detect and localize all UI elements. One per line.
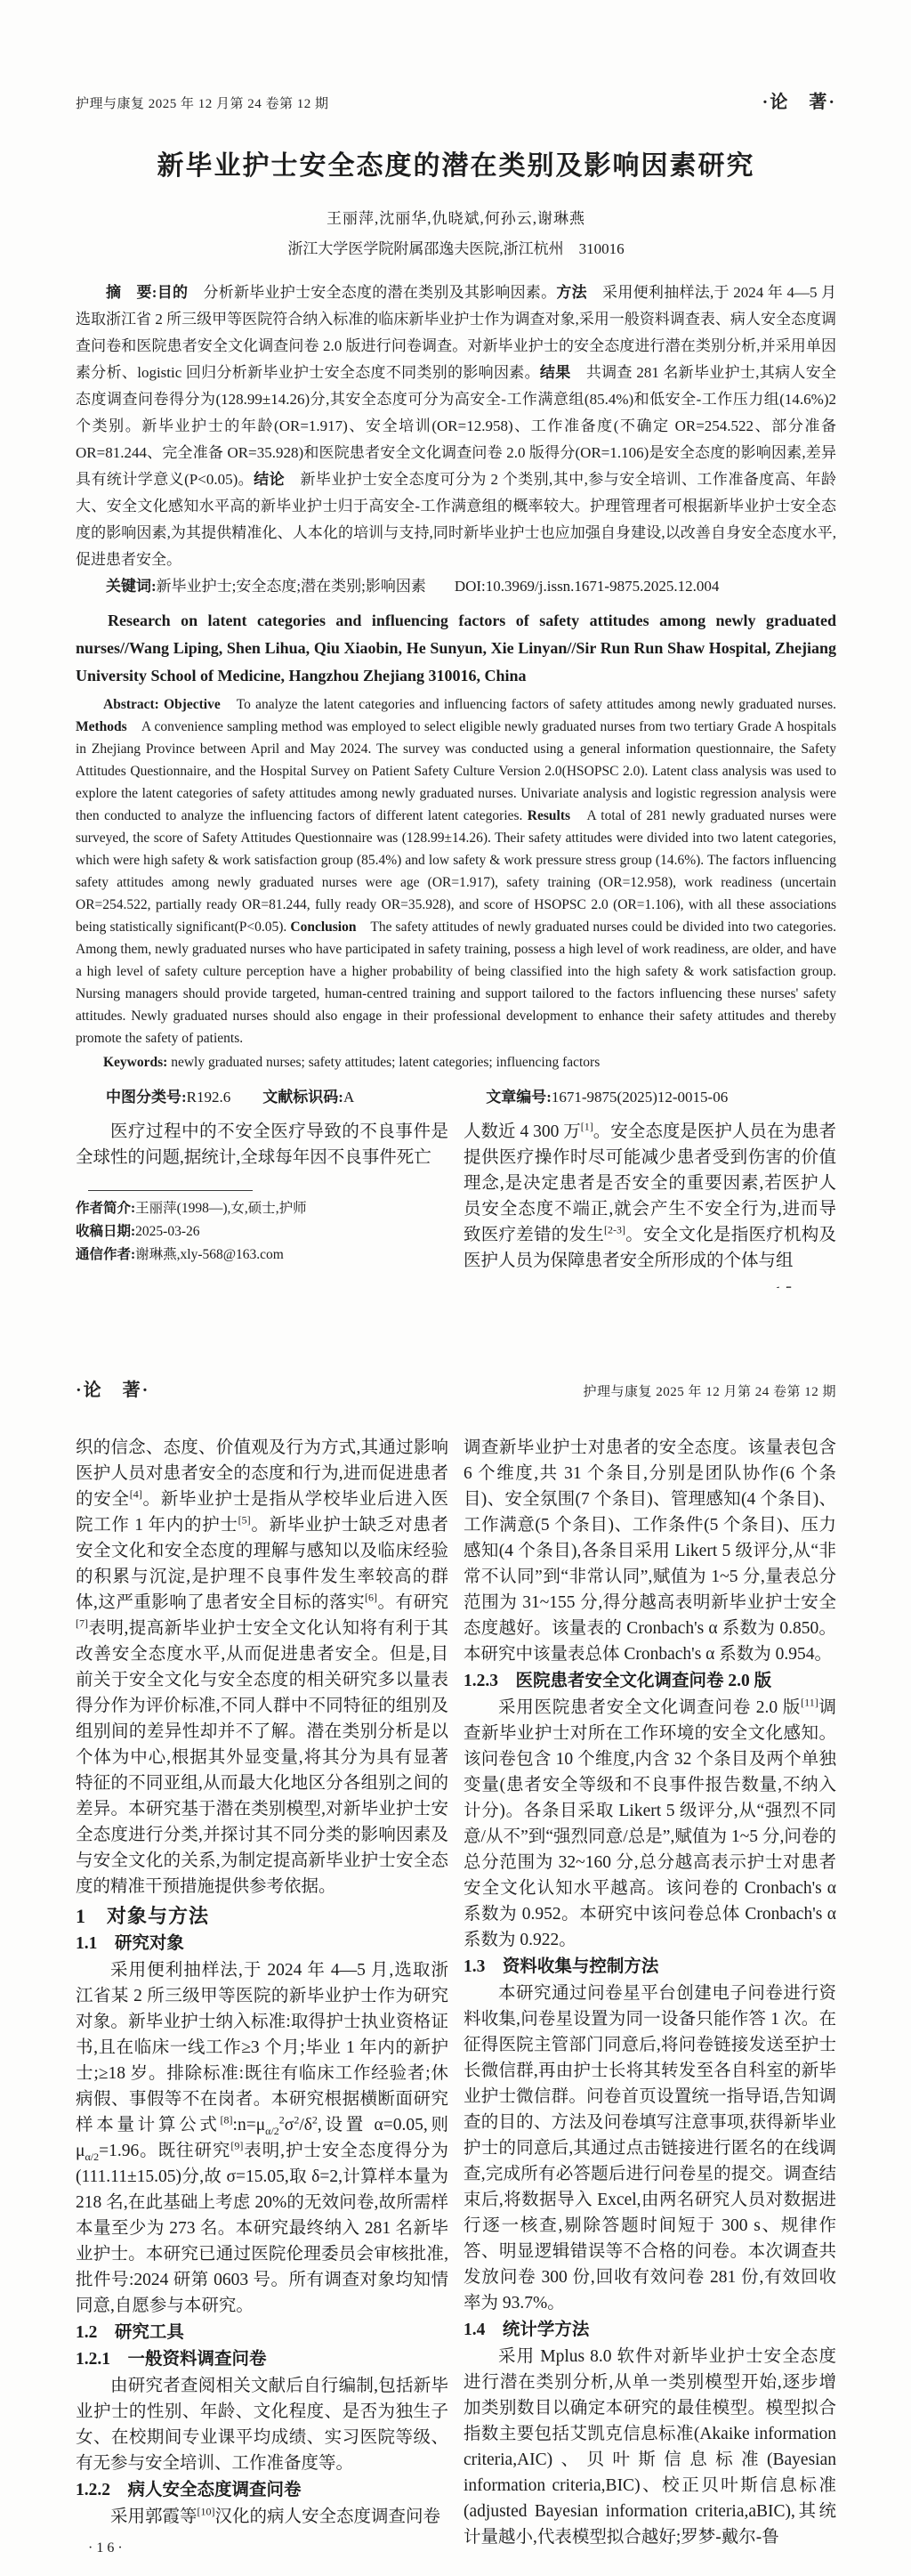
page2-right-text: 调查新毕业护士对患者的安全态度。该量表包含 6 个维度,共 31 个条目,分别是… bbox=[464, 1435, 836, 2550]
page1-columns: 医疗过程中的不安全医疗导致的不良事件是全球性的问题,据统计,全球每年因不良事件死… bbox=[76, 1119, 836, 1288]
paragraph: 织的信念、态度、价值观及行为方式,其通过影响医护人员对患者安全的态度和行为,进而… bbox=[76, 1435, 448, 1900]
page2-columns: 织的信念、态度、价值观及行为方式,其通过影响医护人员对患者安全的态度和行为,进而… bbox=[76, 1435, 836, 2561]
paragraph: 采用便利抽样法,于 2024 年 4—5 月,选取浙江省某 2 所三级甲等医院的… bbox=[76, 1957, 448, 2319]
article-number: 文章编号:1671-9875(2025)12-0015-06 bbox=[486, 1084, 728, 1106]
english-title: Research on latent categories and influe… bbox=[76, 607, 836, 690]
journal-masthead: 护理与康复 2025 年 12 月第 24 卷第 12 期 bbox=[76, 93, 329, 112]
section-heading: 1.1 研究对象 bbox=[76, 1931, 448, 1956]
doi: DOI:10.3969/j.issn.1671-9875.2025.12.004 bbox=[455, 578, 720, 595]
paragraph: 人数近 4 300 万[1]。安全态度是医护人员在为患者提供医疗操作时尽可能减少… bbox=[464, 1119, 836, 1274]
footnote-rule bbox=[88, 1190, 253, 1191]
paragraph: 采用郭霞等[10]汉化的病人安全态度调查问卷 bbox=[76, 2504, 448, 2530]
footnote-received-date: 收稿日期:2025-03-26 bbox=[76, 1220, 448, 1243]
author-footnote: 作者简介:王丽萍(1998—),女,硕士,护师 收稿日期:2025-03-26 … bbox=[76, 1190, 448, 1267]
abstract-en: Abstract: Objective To analyze the laten… bbox=[76, 693, 836, 1049]
section-heading: 1.2.1 一般资料调查问卷 bbox=[76, 2346, 448, 2372]
page1-right-column: 人数近 4 300 万[1]。安全态度是医护人员在为患者提供医疗操作时尽可能减少… bbox=[464, 1119, 836, 1288]
page-2: ·论 著· 护理与康复 2025 年 12 月第 24 卷第 12 期 织的信念… bbox=[0, 1288, 911, 2576]
page-2-header: ·论 著· 护理与康复 2025 年 12 月第 24 卷第 12 期 bbox=[76, 1288, 836, 1401]
page-1-header: 护理与康复 2025 年 12 月第 24 卷第 12 期 ·论 著· bbox=[76, 0, 836, 113]
article-title: 新毕业护士安全态度的潜在类别及影响因素研究 bbox=[76, 143, 836, 182]
page2-left-text: 织的信念、态度、价值观及行为方式,其通过影响医护人员对患者安全的态度和行为,进而… bbox=[76, 1435, 448, 2530]
page-1: 护理与康复 2025 年 12 月第 24 卷第 12 期 ·论 著· 新毕业护… bbox=[0, 0, 911, 1288]
keywords-cn: 关键词:新毕业护士;安全态度;潜在类别;影响因素 bbox=[106, 578, 426, 595]
journal-masthead: 护理与康复 2025 年 12 月第 24 卷第 12 期 bbox=[583, 1381, 836, 1400]
footnote-author-bio: 作者简介:王丽萍(1998—),女,硕士,护师 bbox=[76, 1197, 448, 1220]
paragraph: 医疗过程中的不安全医疗导致的不良事件是全球性的问题,据统计,全球每年因不良事件死… bbox=[76, 1119, 448, 1171]
section-heading: 1 对象与方法 bbox=[76, 1903, 448, 1929]
abstract-cn: 摘 要:目的 分析新毕业护士安全态度的潜在类别及其影响因素。方法 采用便利抽样法… bbox=[76, 279, 836, 573]
section-heading: 1.3 资料收集与控制方法 bbox=[464, 1954, 836, 1980]
page-number-16: ·16· bbox=[76, 2535, 448, 2561]
document-code: 文献标识码:A bbox=[262, 1084, 354, 1106]
clc-number: 中图分类号:R192.6 bbox=[106, 1084, 230, 1106]
page2-right-column: 调查新毕业护士对患者的安全态度。该量表包含 6 个维度,共 31 个条目,分别是… bbox=[464, 1435, 836, 2561]
footnote-corresponding-author: 通信作者:谢琳燕,xly-568@163.com bbox=[76, 1243, 448, 1267]
column-mark: ·论 著· bbox=[76, 1375, 149, 1401]
section-heading: 1.2.3 医院患者安全文化调查问卷 2.0 版 bbox=[464, 1668, 836, 1694]
paragraph: 采用 Mplus 8.0 软件对新毕业护士安全态度进行潜在类别分析,从单一类别模… bbox=[464, 2344, 836, 2550]
page2-left-column: 织的信念、态度、价值观及行为方式,其通过影响医护人员对患者安全的态度和行为,进而… bbox=[76, 1435, 448, 2561]
page1-left-text: 医疗过程中的不安全医疗导致的不良事件是全球性的问题,据统计,全球每年因不良事件死… bbox=[76, 1119, 448, 1171]
paragraph: 采用医院患者安全文化调查问卷 2.0 版[11]调查新毕业护士对所在工作环境的安… bbox=[464, 1695, 836, 1953]
page1-right-text: 人数近 4 300 万[1]。安全态度是医护人员在为患者提供医疗操作时尽可能减少… bbox=[464, 1119, 836, 1274]
paragraph: 由研究者查阅相关文献后自行编制,包括新毕业护士的性别、年龄、文化程度、是否为独生… bbox=[76, 2373, 448, 2476]
paragraph: 调查新毕业护士对患者的安全态度。该量表包含 6 个维度,共 31 个条目,分别是… bbox=[464, 1435, 836, 1667]
column-mark: ·论 著· bbox=[762, 87, 836, 113]
keywords-en: Keywords: newly graduated nurses; safety… bbox=[76, 1051, 836, 1073]
section-heading: 1.2.2 病人安全态度调查问卷 bbox=[76, 2477, 448, 2503]
paragraph: 本研究通过问卷星平台创建电子问卷进行资料收集,问卷星设置为同一设备只能作答 1 … bbox=[464, 1981, 836, 2316]
section-heading: 1.4 统计学方法 bbox=[464, 2317, 836, 2343]
classification-row: 中图分类号:R192.6 文献标识码:A 文章编号:1671-9875(2025… bbox=[76, 1084, 836, 1106]
affiliation-line: 浙江大学医学院附属邵逸夫医院,浙江杭州 310016 bbox=[76, 236, 836, 258]
section-heading: 1.2 研究工具 bbox=[76, 2320, 448, 2345]
page-number-15: ·15· bbox=[464, 1279, 836, 1288]
authors-line: 王丽萍,沈丽华,仇晓斌,何孙云,谢琳燕 bbox=[76, 206, 836, 228]
keywords-cn-line: 关键词:新毕业护士;安全态度;潜在类别;影响因素DOI:10.3969/j.is… bbox=[76, 573, 836, 600]
page1-left-column: 医疗过程中的不安全医疗导致的不良事件是全球性的问题,据统计,全球每年因不良事件死… bbox=[76, 1119, 448, 1288]
